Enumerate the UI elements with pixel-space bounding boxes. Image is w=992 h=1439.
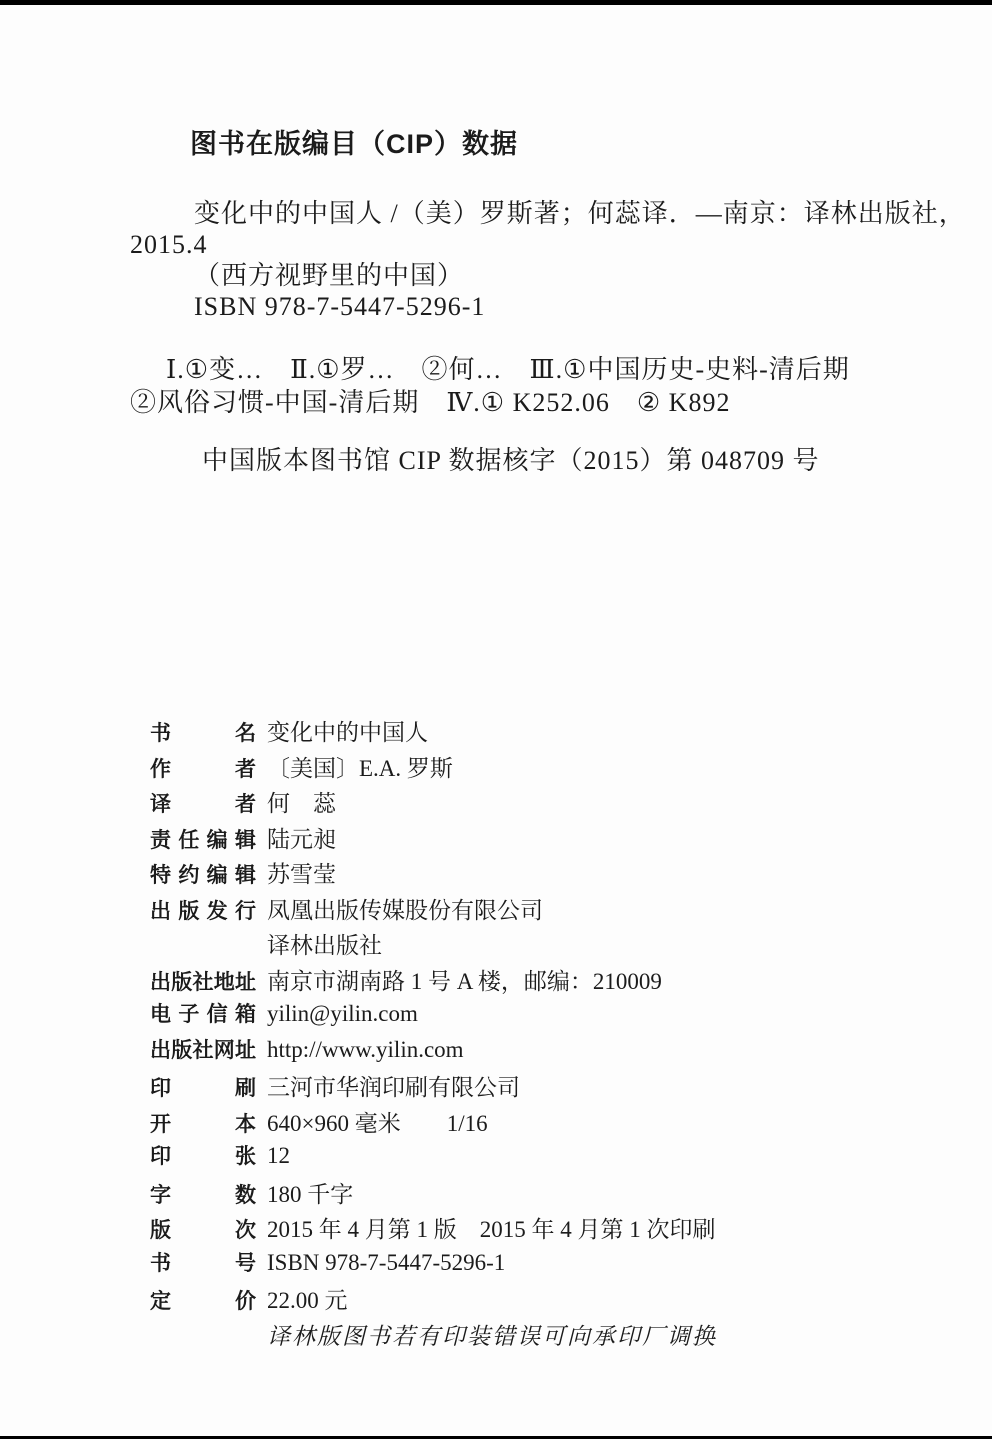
- colophon-row: 译者 何 蕊: [150, 785, 892, 821]
- colophon-row-value: 译林出版社: [267, 927, 382, 960]
- colophon-row: 印张 12: [150, 1140, 892, 1176]
- colophon-row: 责任编辑 陆元昶: [150, 821, 892, 857]
- colophon-row-value: 〔美国〕E.A. 罗斯: [267, 750, 453, 783]
- colophon-row-value: ISBN 978-7-5447-5296-1: [267, 1250, 505, 1276]
- colophon-row: 译林出版社: [150, 927, 892, 963]
- colophon-row-label: 开本: [150, 1108, 256, 1138]
- cip-record-block: 变化中的中国人 /（美）罗斯著；何蕊译．—南京：译林出版社， 2015.4 （西…: [130, 198, 892, 322]
- colophon-row: 定价 22.00 元: [150, 1282, 892, 1318]
- colophon-row-value: 南京市湖南路 1 号 A 楼，邮编：210009: [267, 963, 662, 996]
- colophon-row: 作者 〔美国〕E.A. 罗斯: [150, 750, 892, 786]
- cip-record-line: ISBN 978-7-5447-5296-1: [130, 291, 892, 322]
- colophon-row: 字数 180 千字: [150, 1176, 892, 1212]
- colophon-row-value: yilin@yilin.com: [267, 1001, 418, 1027]
- colophon-row: 书号 ISBN 978-7-5447-5296-1: [150, 1247, 892, 1283]
- colophon-note: 译林版图书若有印装错误可向承印厂调换: [267, 1318, 892, 1354]
- colophon-row-value: 凤凰出版传媒股份有限公司: [267, 892, 543, 925]
- colophon-row: 出版社网址 http://www.yilin.com: [150, 1034, 892, 1070]
- colophon-row: 印刷 三河市华润印刷有限公司: [150, 1069, 892, 1105]
- colophon-table: 书名 变化中的中国人 作者 〔美国〕E.A. 罗斯 译者 何 蕊 责任编辑 陆元…: [150, 714, 892, 1353]
- colophon-row-label: 印张: [150, 1140, 256, 1170]
- colophon-row-value: 640×960 毫米 1/16: [267, 1105, 488, 1138]
- cip-record-line: 2015.4: [130, 229, 892, 260]
- colophon-row-value: 12: [267, 1143, 290, 1169]
- colophon-row-value: 变化中的中国人: [267, 714, 428, 747]
- colophon-row-label: 印刷: [150, 1072, 256, 1102]
- colophon-row-value: 三河市华润印刷有限公司: [267, 1069, 520, 1102]
- colophon-row: 书名 变化中的中国人: [150, 714, 892, 750]
- colophon-row: 版次 2015 年 4 月第 1 版 2015 年 4 月第 1 次印刷: [150, 1211, 892, 1247]
- colophon-row-label: 特约编辑: [150, 859, 256, 889]
- colophon-row: 出版社地址 南京市湖南路 1 号 A 楼，邮编：210009: [150, 963, 892, 999]
- colophon-row-label: 书号: [150, 1247, 256, 1277]
- cip-record-line: 变化中的中国人 /（美）罗斯著；何蕊译．—南京：译林出版社，: [130, 198, 892, 229]
- colophon-row-label: 书名: [150, 717, 256, 747]
- colophon-row-label: 出版社地址: [150, 966, 256, 996]
- cip-registry-line: 中国版本图书馆 CIP 数据核字（2015）第 048709 号: [202, 445, 892, 476]
- cip-classification-line: ②风俗习惯-中国-清后期 Ⅳ.① K252.06 ② K892: [130, 386, 892, 419]
- cip-heading: 图书在版编目（CIP）数据: [190, 128, 892, 160]
- cip-record-line: （西方视野里的中国）: [130, 260, 892, 291]
- colophon-row-label: 字数: [150, 1179, 256, 1209]
- cip-classification-line: Ⅰ.①变… Ⅱ.①罗… ②何… Ⅲ.①中国历史-史料-清后期: [130, 353, 892, 386]
- colophon-row-label: 出版发行: [150, 895, 256, 925]
- colophon-row-value: 何 蕊: [267, 785, 336, 818]
- colophon-row: 电子信箱 yilin@yilin.com: [150, 998, 892, 1034]
- copyright-page: 图书在版编目（CIP）数据 变化中的中国人 /（美）罗斯著；何蕊译．—南京：译林…: [0, 0, 992, 1439]
- colophon-row-value: http://www.yilin.com: [267, 1037, 464, 1063]
- colophon-row-value: 180 千字: [267, 1176, 353, 1209]
- colophon-row-label: 出版社网址: [150, 1034, 256, 1064]
- colophon-row-value: 2015 年 4 月第 1 版 2015 年 4 月第 1 次印刷: [267, 1211, 716, 1244]
- colophon-row-value: 苏雪莹: [267, 856, 336, 889]
- colophon-row-label: 版次: [150, 1214, 256, 1244]
- colophon-row-label: 作者: [150, 753, 256, 783]
- colophon-row-label: 译者: [150, 788, 256, 818]
- colophon-row-value: 陆元昶: [267, 821, 336, 854]
- colophon-row: 特约编辑 苏雪莹: [150, 856, 892, 892]
- cip-classification-block: Ⅰ.①变… Ⅱ.①罗… ②何… Ⅲ.①中国历史-史料-清后期 ②风俗习惯-中国-…: [130, 353, 892, 419]
- colophon-row-label: 电子信箱: [150, 998, 256, 1028]
- colophon-row: 出版发行 凤凰出版传媒股份有限公司: [150, 892, 892, 928]
- colophon-row-label: 定价: [150, 1285, 256, 1315]
- colophon-row-value: 22.00 元: [267, 1282, 348, 1315]
- colophon-row-label: 责任编辑: [150, 824, 256, 854]
- colophon-row: 开本 640×960 毫米 1/16: [150, 1105, 892, 1141]
- page-content: 图书在版编目（CIP）数据 变化中的中国人 /（美）罗斯著；何蕊译．—南京：译林…: [130, 0, 892, 1353]
